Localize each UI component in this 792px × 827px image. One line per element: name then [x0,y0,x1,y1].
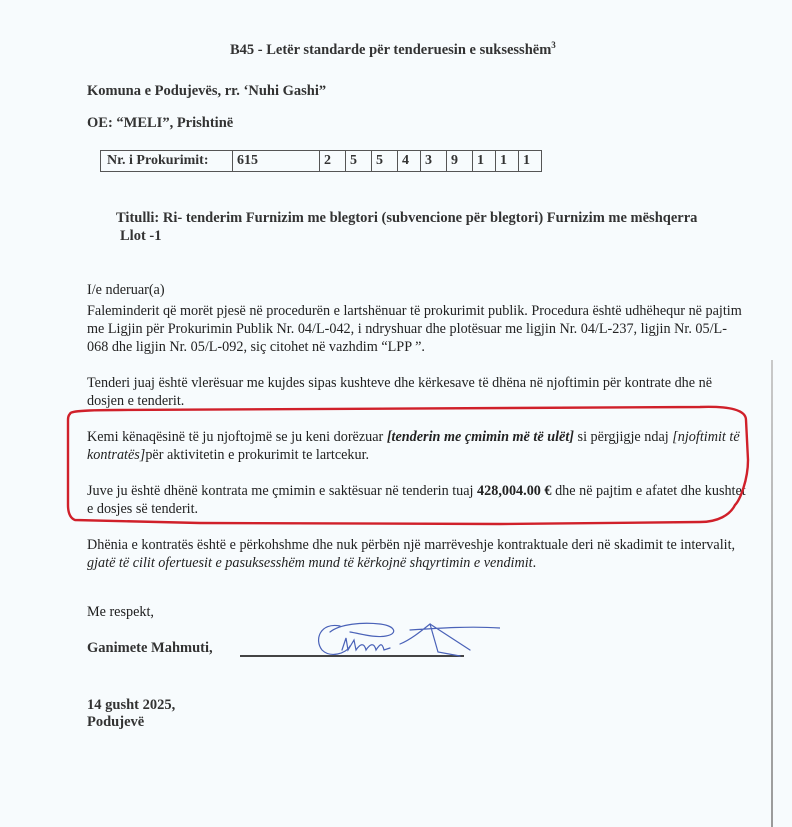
contracting-authority: Komuna e Podujevës, rr. ‘Nuhi Gashi” [87,83,326,100]
paragraph-procedure: Faleminderit që morët pjesë në procedurë… [87,302,747,356]
procurement-digit: 5 [346,151,372,172]
paragraph-award: Juve ju është dhënë kontrata me çmimin e… [87,482,747,518]
document-heading: B45 - Letër standarde për tenderuesin e … [230,40,556,59]
procurement-digit: 1 [473,151,496,172]
procurement-digit: 1 [519,151,542,172]
procurement-label: Nr. i Prokurimit: [101,151,233,172]
procurement-digit: 3 [421,151,447,172]
procurement-digit: 4 [398,151,421,172]
paragraph-notification: Kemi kënaqësinë të ju njoftojmë se ju ke… [87,428,747,464]
footnote-marker: 3 [551,40,556,50]
procurement-digit: 1 [496,151,519,172]
subject-line-1: Titulli: Ri- tenderim Furnizim me blegto… [116,209,697,227]
paragraph-standstill: Dhënia e kontratës është e përkohshme dh… [87,536,747,572]
page-edge [771,360,773,827]
salutation: I/e nderuar(a) [87,281,747,299]
subject-title: Titulli: Ri- tenderim Furnizim me blegto… [116,209,697,245]
letter-date: 14 gusht 2025, [87,697,175,714]
procurement-number-table: Nr. i Prokurimit: 615 2 5 5 4 3 9 1 1 1 [100,150,542,172]
signature-image [300,612,500,667]
procurement-code: 615 [233,151,320,172]
paragraph-evaluation: Tenderi juaj është vlerësuar me kujdes s… [87,374,747,410]
emphasis-lowest-price: [tenderin me çmimin më të ulët] [387,429,574,445]
procurement-digit: 2 [320,151,346,172]
subject-line-2: Llot -1 [116,227,697,245]
signer-name: Ganimete Mahmuti, [87,640,213,657]
procurement-digit: 9 [447,151,473,172]
letter-place: Podujevë [87,714,144,731]
procurement-digit: 5 [372,151,398,172]
economic-operator: OE: “MELI”, Prishtinë [87,115,233,132]
contract-amount: 428,004.00 € [477,483,551,499]
closing: Me respekt, [87,604,154,621]
